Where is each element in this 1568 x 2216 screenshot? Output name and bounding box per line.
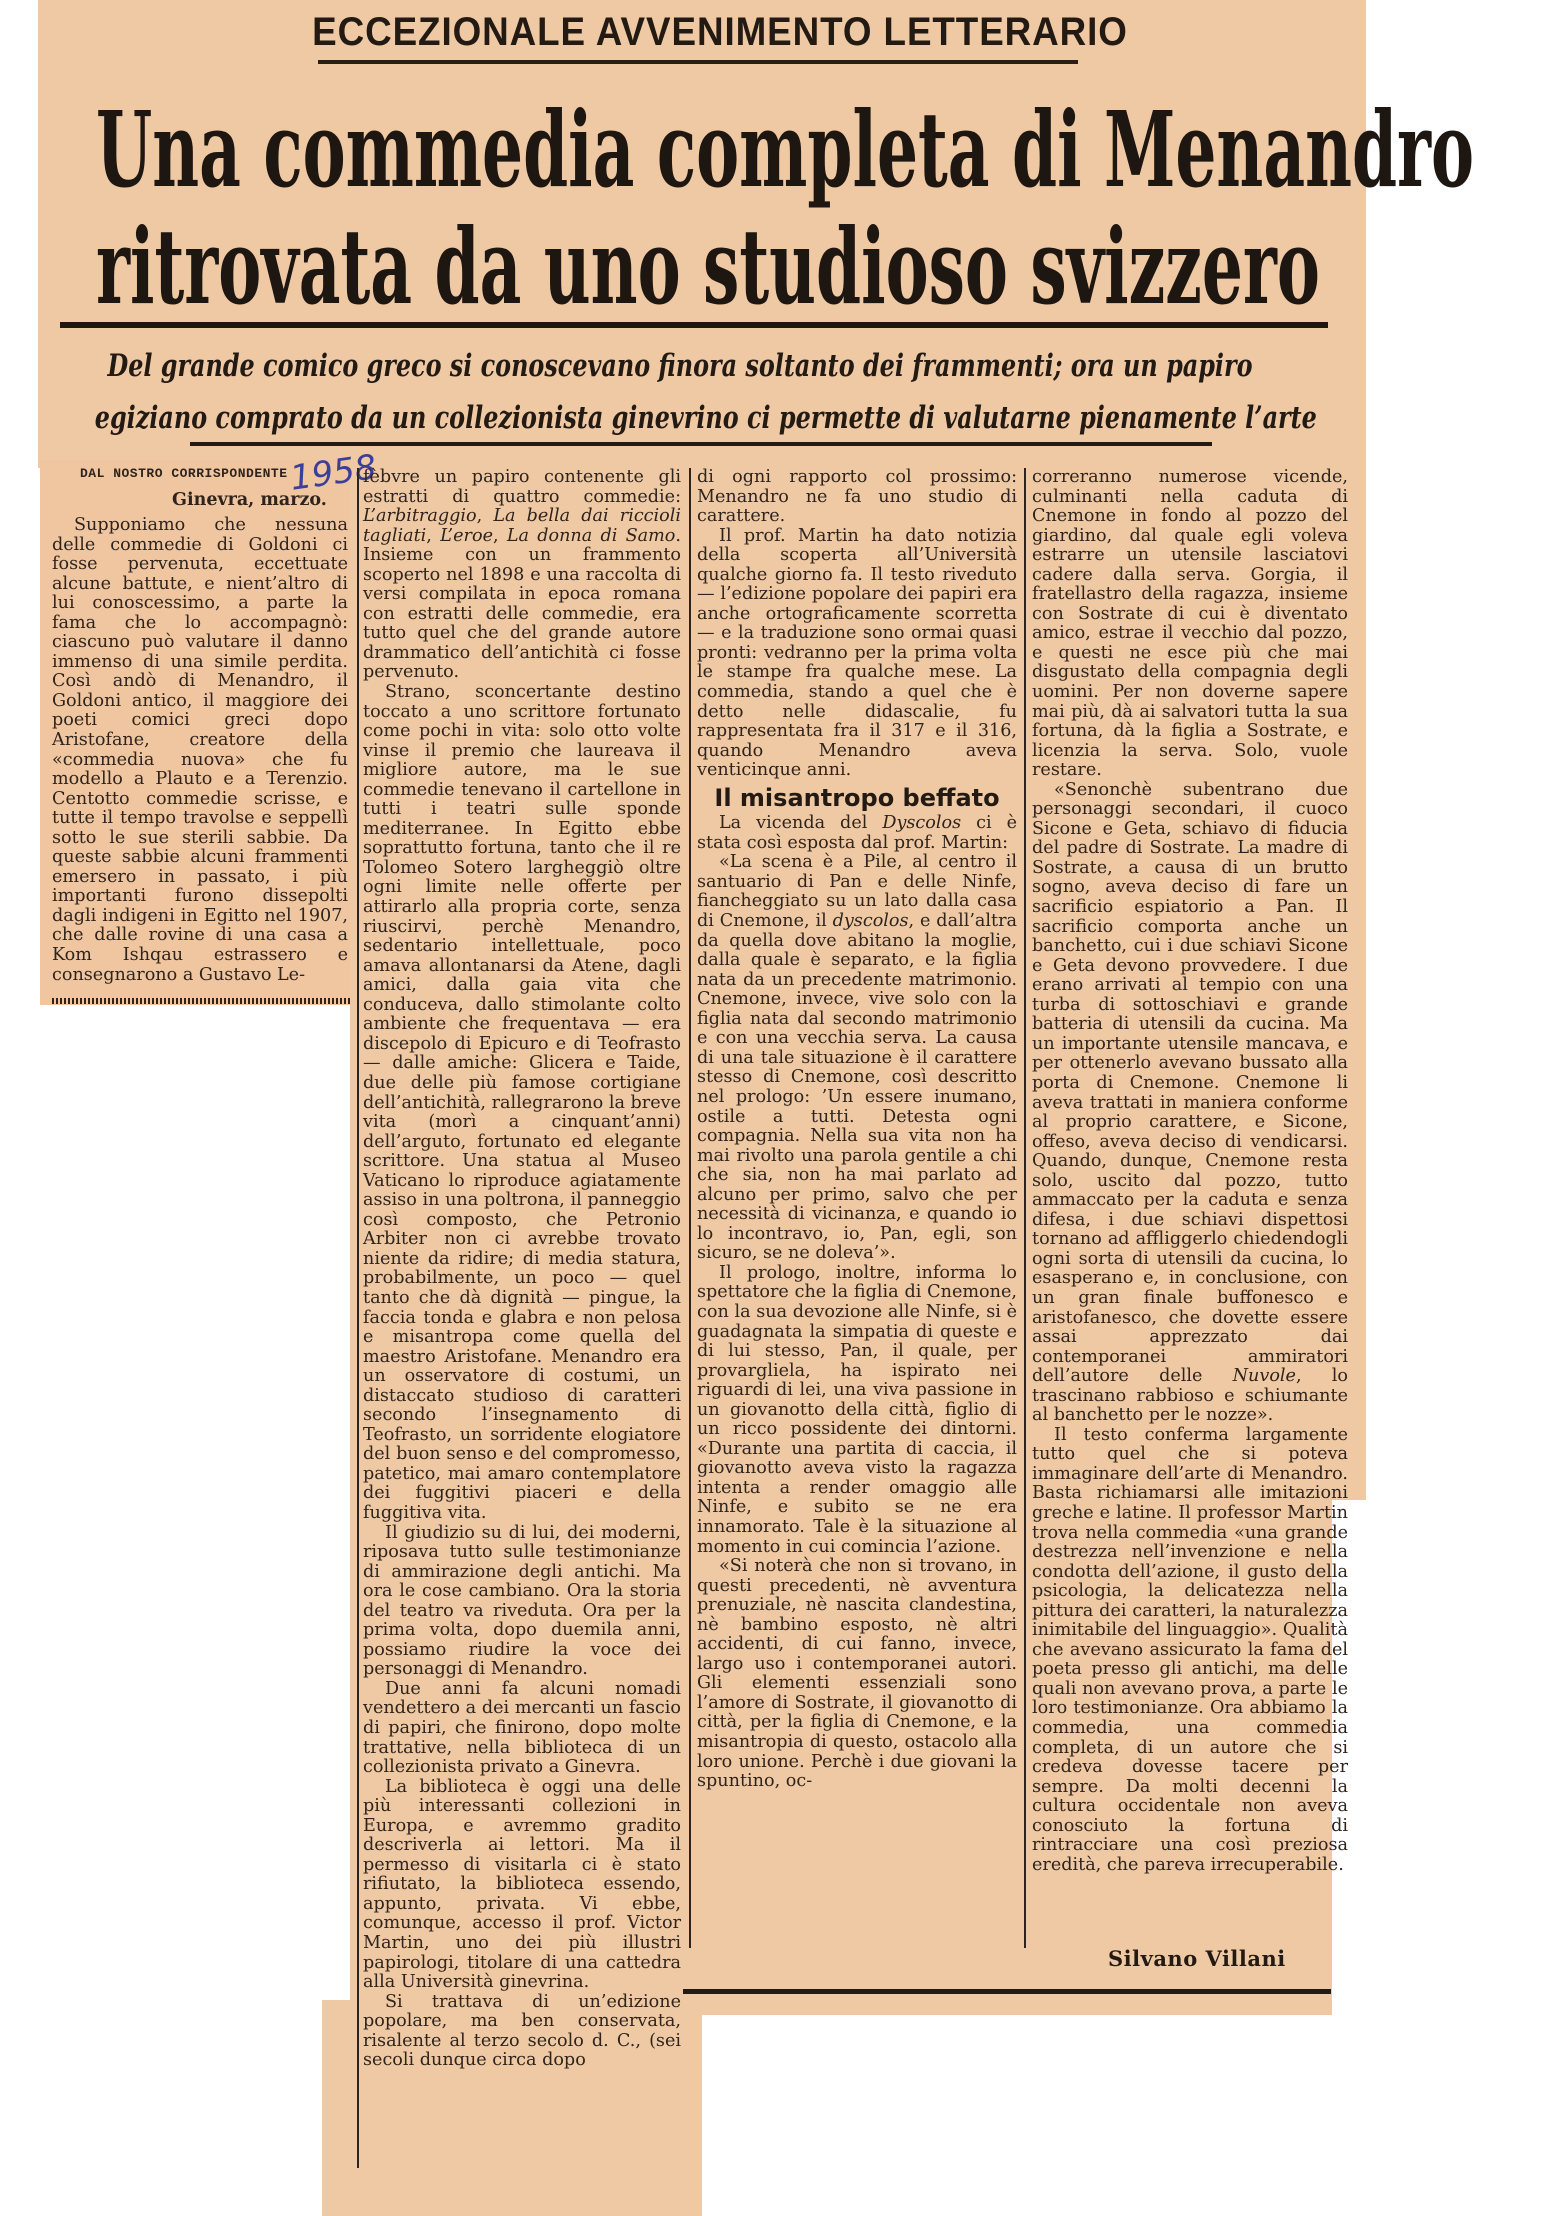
column-rule-1 bbox=[357, 468, 359, 2168]
dateline-correspondent: DAL NOSTRO CORRISPONDENTE bbox=[80, 466, 288, 481]
paragraph: Si trattava di un’edizione popolare, ma … bbox=[363, 1993, 681, 2071]
kicker: ECCEZIONALE AVVENIMENTO LETTERARIO bbox=[58, 10, 1383, 55]
column-3-before: di ogni rapporto col prossimo: Menandro … bbox=[697, 468, 1017, 781]
paragraph: correranno numerose vicende, culminanti … bbox=[1032, 468, 1348, 781]
headline-line-1: Una commedia completa di Menandro bbox=[96, 95, 1274, 205]
dateline-month: marzo. bbox=[260, 490, 326, 510]
paragraph: Il giudizio su di lui, dei moderni, ripo… bbox=[363, 1524, 681, 1680]
paragraph: «La scena è a Pile, al centro il santuar… bbox=[697, 853, 1017, 1263]
kicker-rule bbox=[318, 60, 1078, 64]
paragraph: fèbvre un papiro contenente gli estratti… bbox=[363, 468, 681, 683]
paragraph: La vicenda del Dyscolos ci è stata così … bbox=[697, 814, 1017, 853]
headline-line-2: ritrovata da uno studioso svizzero bbox=[96, 212, 1274, 322]
column-rule-3 bbox=[1024, 468, 1026, 1948]
dateline-place: Ginevra, marzo. bbox=[172, 490, 327, 510]
column-4: correranno numerose vicende, culminanti … bbox=[1032, 468, 1348, 1875]
column-3-after: La vicenda del Dyscolos ci è stata così … bbox=[697, 814, 1017, 1791]
paragraph: «Si noterà che non si trovano, in questi… bbox=[697, 1557, 1017, 1792]
paragraph: Supponiamo che nessuna delle commedie di… bbox=[52, 516, 348, 985]
paragraph: «Senonchè subentrano due personaggi seco… bbox=[1032, 781, 1348, 1426]
headline-rule bbox=[60, 322, 1328, 328]
deck-rule bbox=[190, 442, 1212, 446]
paragraph: di ogni rapporto col prossimo: Menandro … bbox=[697, 468, 1017, 527]
paragraph: Il testo conferma largamente tutto quel … bbox=[1032, 1426, 1348, 1876]
footer-rule bbox=[683, 1989, 1331, 1994]
paragraph: La biblioteca è oggi una delle più inter… bbox=[363, 1778, 681, 1993]
dateline-city: Ginevra, bbox=[172, 490, 254, 510]
deck-line-2: egiziano comprato da un collezionista gi… bbox=[95, 400, 1265, 436]
column-rule-2 bbox=[689, 468, 691, 1948]
column-3: di ogni rapporto col prossimo: Menandro … bbox=[697, 468, 1017, 1792]
paragraph: Il prologo, inoltre, informa lo spettato… bbox=[697, 1264, 1017, 1557]
paragraph: Il prof. Martin ha dato notizia della sc… bbox=[697, 527, 1017, 781]
column1-bottom-rule bbox=[52, 998, 352, 1004]
byline: Silvano Villani bbox=[1108, 1946, 1286, 1971]
column-2: fèbvre un papiro contenente gli estratti… bbox=[363, 468, 681, 2071]
subheading: Il misantropo beffato bbox=[697, 789, 1017, 809]
column-1: Supponiamo che nessuna delle commedie di… bbox=[52, 516, 348, 985]
deck-line-1: Del grande comico greco si conoscevano f… bbox=[95, 348, 1265, 384]
paragraph: Strano, sconcertante destino toccato a u… bbox=[363, 683, 681, 1524]
paragraph: Due anni fa alcuni nomadi vendettero a d… bbox=[363, 1680, 681, 1778]
